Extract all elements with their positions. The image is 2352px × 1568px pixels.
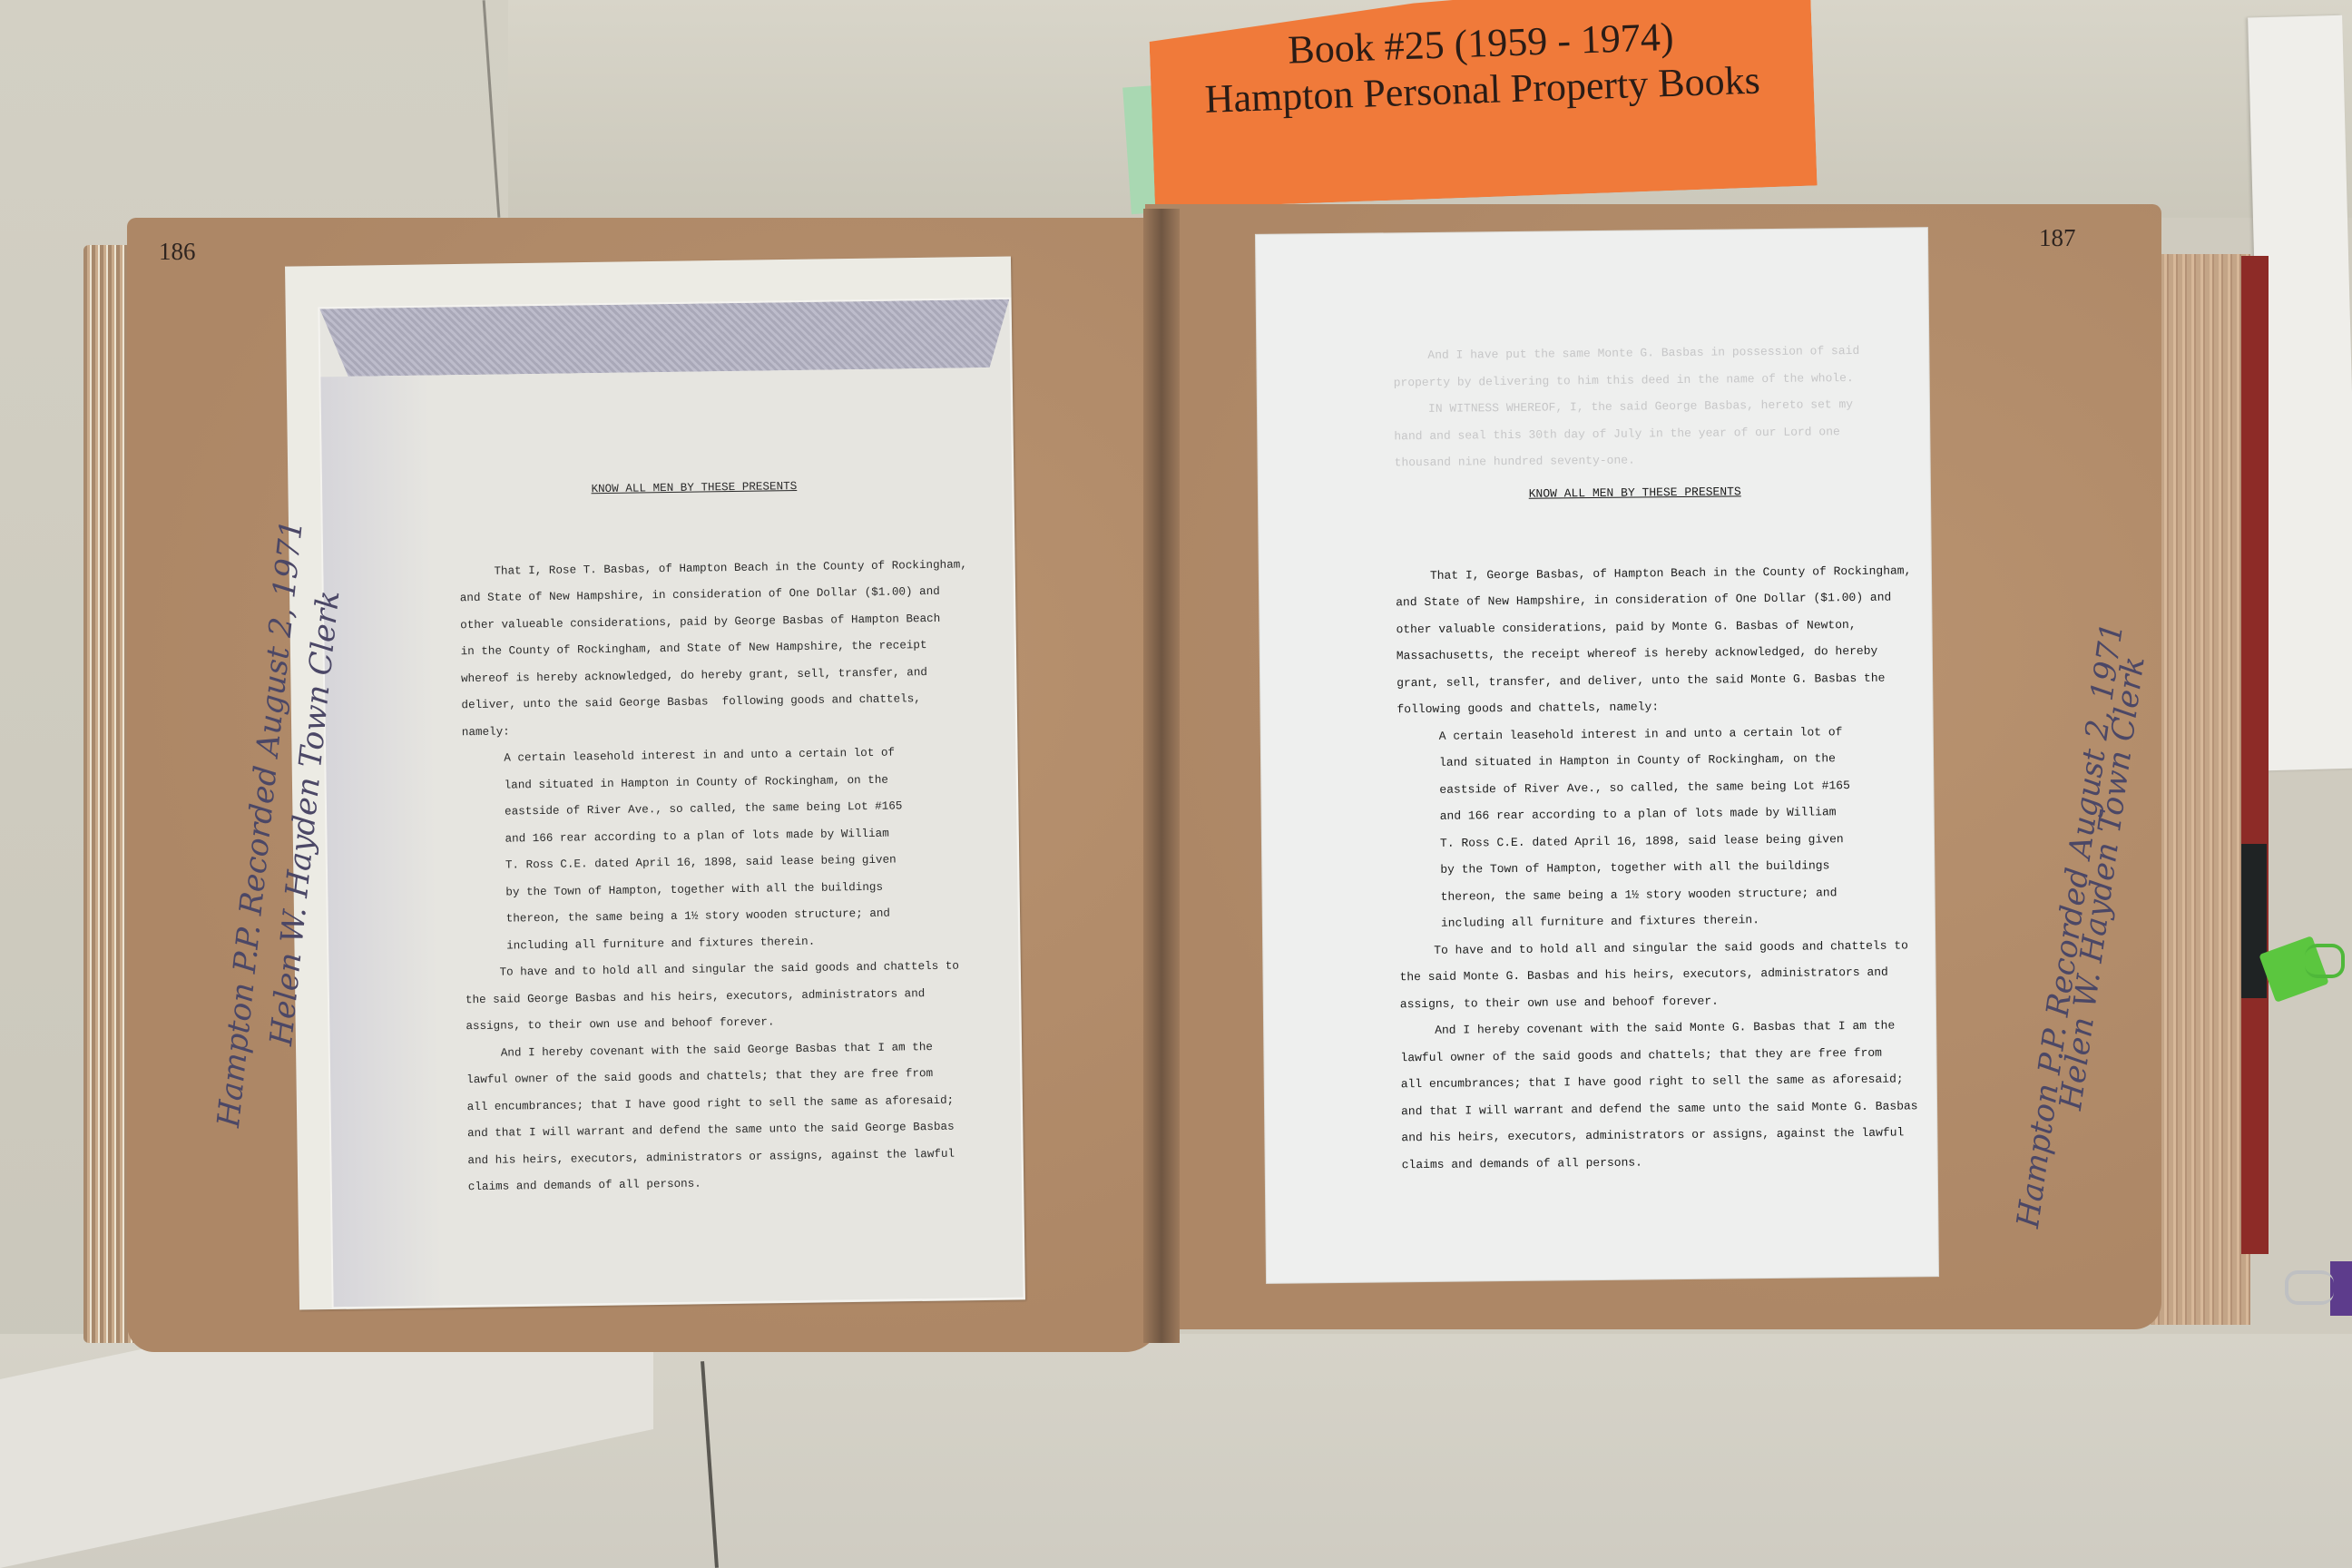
document-heading: KNOW ALL MEN BY THESE PRESENTS bbox=[422, 471, 966, 505]
book-label-tab: Book #25 (1959 - 1974) Hampton Personal … bbox=[1148, 0, 1818, 209]
right-document-text: KNOW ALL MEN BY THESE PRESENTS That I, G… bbox=[1394, 423, 1918, 1178]
document-line: A certain leasehold interest in and unto… bbox=[1397, 718, 1915, 750]
page-number-left: 186 bbox=[159, 238, 196, 266]
document-line: and his heirs, executors, administrators… bbox=[1401, 1119, 1918, 1151]
document-line: grant, sell, transfer, and deliver, unto… bbox=[1396, 664, 1914, 696]
binder-clip-wire bbox=[2305, 944, 2345, 978]
book-cover-band bbox=[2241, 844, 2267, 998]
document-heading: KNOW ALL MEN BY THESE PRESENTS bbox=[1358, 476, 1912, 509]
bleed-through-line: And I have put the same Monte G. Basbas … bbox=[1393, 338, 1859, 369]
page-edges-right bbox=[2151, 254, 2250, 1325]
right-document: And I have put the same Monte G. Basbas … bbox=[1256, 228, 1938, 1283]
document-margin bbox=[320, 376, 442, 1308]
envelope-flap bbox=[319, 299, 1010, 377]
document-line: eastside of River Ave., so called, the s… bbox=[1397, 771, 1915, 803]
document-line: the said Monte G. Basbas and his heirs, … bbox=[1399, 958, 1916, 990]
document-line: claims and demands of all persons. bbox=[1402, 1146, 1919, 1178]
left-document: KNOW ALL MEN BY THESE PRESENTS That I, R… bbox=[319, 299, 1023, 1308]
book-gutter bbox=[1143, 209, 1180, 1343]
page-number-right: 187 bbox=[2039, 224, 2076, 252]
left-document-text: KNOW ALL MEN BY THESE PRESENTS That I, R… bbox=[457, 417, 975, 1200]
bleed-through-line: IN WITNESS WHEREOF, I, the said George B… bbox=[1394, 391, 1860, 423]
binder-clip-wire bbox=[2285, 1270, 2334, 1305]
book-cover-edge bbox=[2241, 256, 2269, 1254]
document-line: T. Ross C.E. dated April 16, 1898, said … bbox=[1398, 825, 1916, 857]
